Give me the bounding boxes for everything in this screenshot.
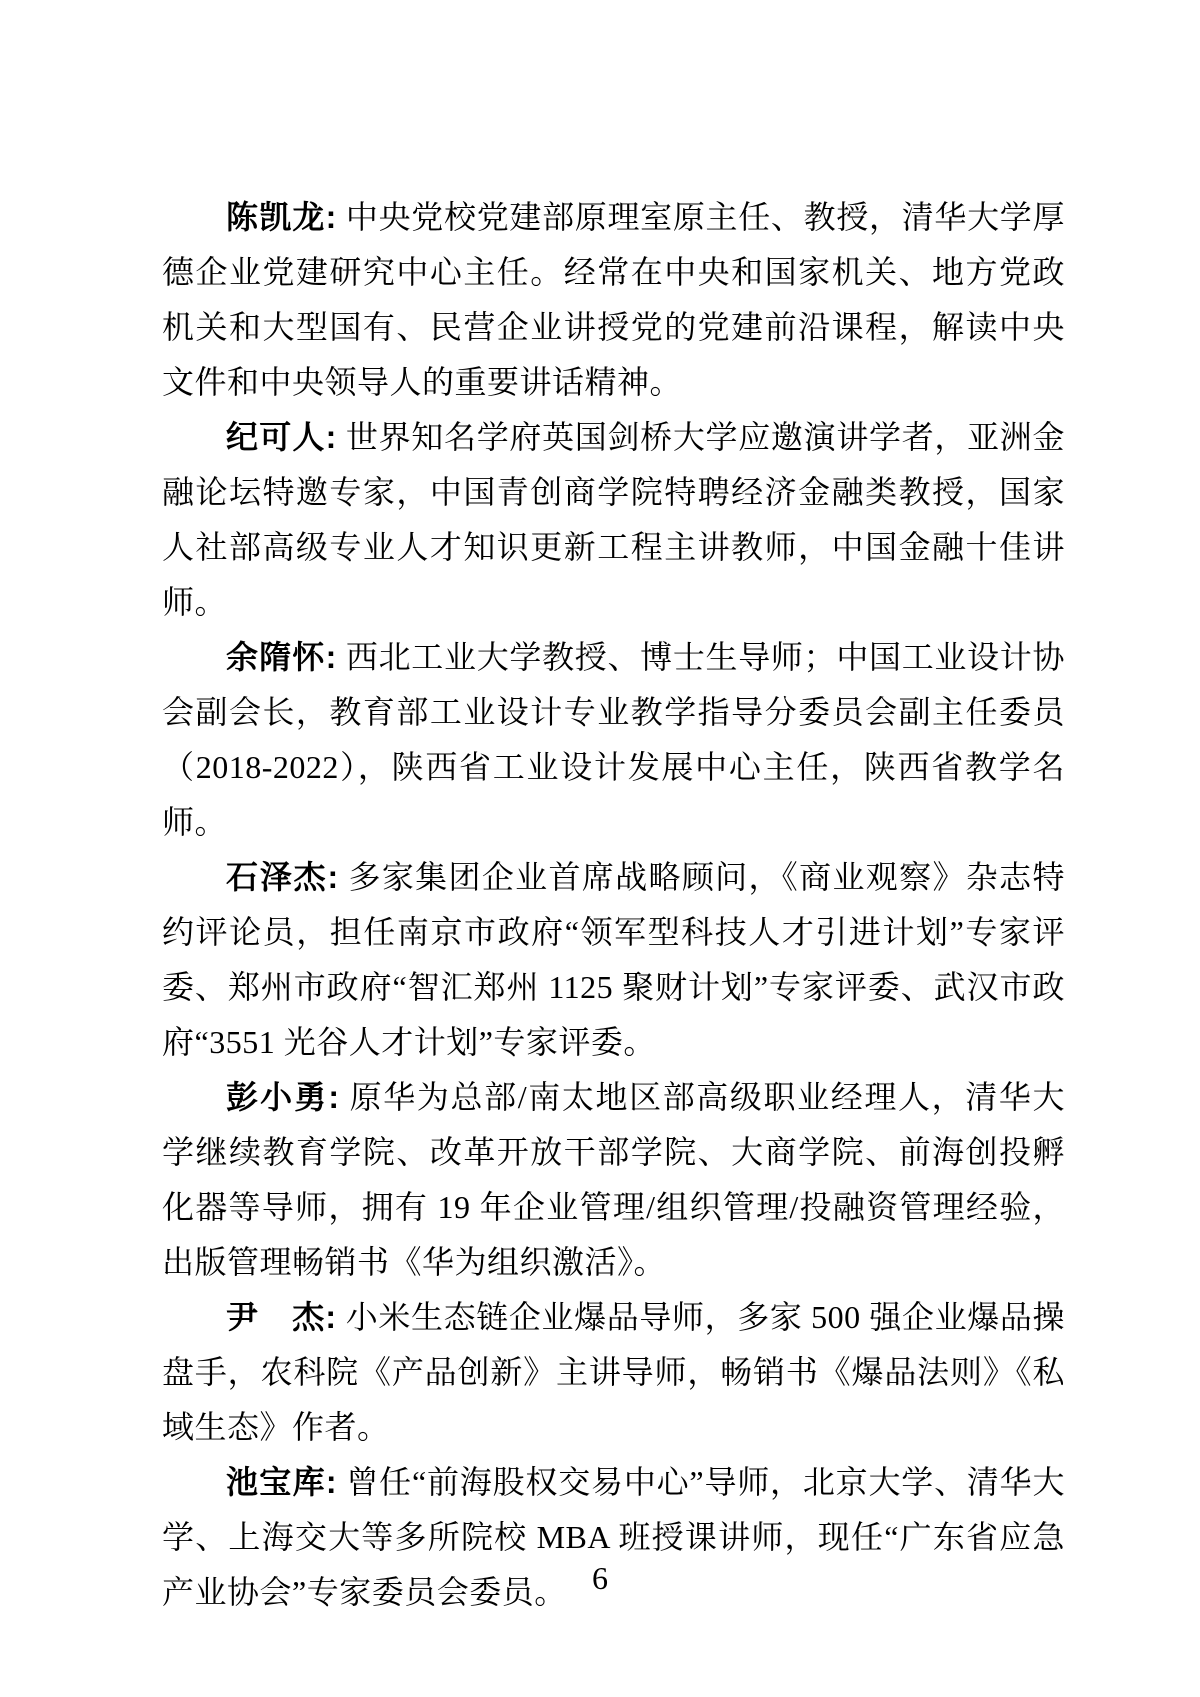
document-page: 陈凯龙: 中央党校党建部原理室原主任、教授，清华大学厚德企业党建研究中心主任。经… — [0, 0, 1200, 1697]
document-body: 陈凯龙: 中央党校党建部原理室原主任、教授，清华大学厚德企业党建研究中心主任。经… — [162, 190, 1065, 1620]
paragraph-shi-zejie: 石泽杰: 多家集团企业首席战略顾问，《商业观察》杂志特约评论员，担任南京市政府“… — [162, 850, 1065, 1070]
person-name: 余隋怀: — [226, 639, 337, 675]
person-name: 纪可人: — [226, 419, 337, 455]
paragraph-peng-xiaoyong: 彭小勇: 原华为总部/南太地区部高级职业经理人，清华大学继续教育学院、改革开放干… — [162, 1070, 1065, 1290]
person-name: 池宝库: — [226, 1464, 338, 1500]
page-number: 6 — [0, 1558, 1200, 1598]
paragraph-yu-suihuai: 余隋怀: 西北工业大学教授、博士生导师；中国工业设计协会副会长，教育部工业设计专… — [162, 630, 1065, 850]
person-name: 彭小勇: — [226, 1079, 340, 1115]
person-name: 石泽杰: — [226, 859, 339, 895]
paragraph-yin-jie: 尹 杰: 小米生态链企业爆品导师，多家 500 强企业爆品操盘手，农科院《产品创… — [162, 1290, 1065, 1455]
person-name: 陈凯龙: — [226, 199, 337, 235]
person-name: 尹 杰: — [226, 1299, 337, 1335]
paragraph-ji-keren: 纪可人: 世界知名学府英国剑桥大学应邀演讲学者，亚洲金融论坛特邀专家，中国青创商… — [162, 410, 1065, 630]
paragraph-chen-kailong: 陈凯龙: 中央党校党建部原理室原主任、教授，清华大学厚德企业党建研究中心主任。经… — [162, 190, 1065, 410]
